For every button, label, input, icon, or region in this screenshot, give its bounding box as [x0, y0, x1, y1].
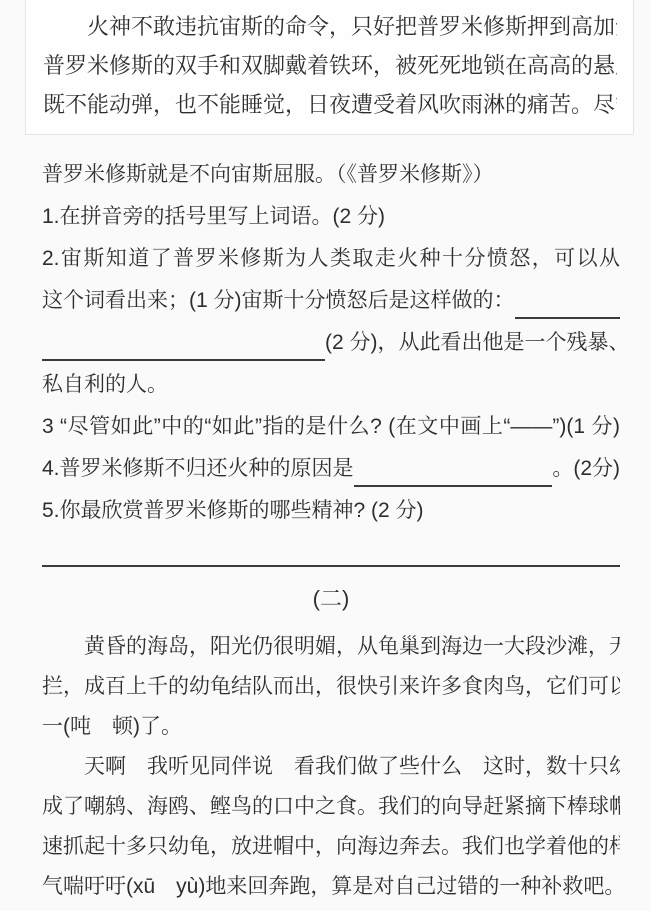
passage-2-line: 成了嘲鸫、海鸥、鲣鸟的口中之食。我们的向导赶紧摘下棒球帽，迅	[42, 787, 620, 827]
question-4: 4.普罗米修斯不归还火种的原因是 。(2分)	[42, 448, 620, 490]
passage-line: 普罗米修斯的双手和双脚戴着铁环，被死死地锁在高高的悬崖上。他	[43, 46, 617, 85]
question-3: 3 “尽管如此”中的“如此”指的是什么? (在文中画上“——”)(1 分)	[42, 406, 620, 448]
question-2-line-3: (2 分)，从此看出他是一个残暴、自	[42, 322, 620, 364]
passage-line: 既不能动弹，也不能睡觉，日夜遭受着风吹雨淋的痛苦。尽管如此，	[43, 85, 617, 124]
answer-blank	[354, 452, 553, 487]
answer-blank	[515, 284, 621, 319]
question-1: 1.在拼音旁的括号里写上词语。(2 分)	[42, 196, 620, 238]
answer-line	[42, 565, 620, 567]
passage-2-line: 一(吨 顿)了。	[42, 707, 620, 747]
question-4-suffix: 。(2分)	[552, 448, 620, 490]
question-2-line-1: 2.宙斯知道了普罗米修斯为人类取走火种十分愤怒，可以从	[42, 238, 620, 280]
passage-2-line: 气喘吁吁(xū yù)地来回奔跑，算是对自己过错的一种补救吧。	[42, 867, 620, 907]
passage-2-line: 拦，成百上千的幼龟结队而出，很快引来许多食肉鸟，它们可以饱餐	[42, 667, 620, 707]
worksheet-page: 火神不敢违抗宙斯的命令，只好把普罗米修斯押到高加索山上。 普罗米修斯的双手和双脚…	[0, 0, 650, 905]
question-2-line-2: 这个词看出来；(1 分)宙斯十分愤怒后是这样做的：	[42, 280, 620, 322]
question-2-line-3-text: (2 分)，从此看出他是一个残暴、自	[325, 322, 620, 364]
question-4-text: 4.普罗米修斯不归还火种的原因是	[42, 448, 354, 490]
question-2-line-2-text: 这个词看出来；(1 分)宙斯十分愤怒后是这样做的：	[42, 280, 515, 322]
passage-box: 火神不敢违抗宙斯的命令，只好把普罗米修斯押到高加索山上。 普罗米修斯的双手和双脚…	[25, 0, 634, 135]
passage-continuation: 普罗米修斯就是不向宙斯屈服。（《普罗米修斯》）	[42, 154, 620, 196]
passage-2-line: 速抓起十多只幼龟，放进帽中，向海边奔去。我们也学着他的样子，	[42, 827, 620, 867]
answer-blank	[42, 326, 325, 361]
worksheet-body: 普罗米修斯就是不向宙斯屈服。（《普罗米修斯》） 1.在拼音旁的括号里写上词语。(…	[42, 154, 620, 907]
passage-line: 火神不敢违抗宙斯的命令，只好把普罗米修斯押到高加索山上。	[43, 7, 617, 46]
question-5: 5.你最欣赏普罗米修斯的哪些精神? (2 分)	[42, 490, 620, 532]
question-2-line-4: 私自利的人。	[42, 364, 620, 406]
passage-2-line: 天啊 我听见同伴说 看我们做了些什么 这时，数十只幼龟已	[42, 747, 620, 787]
passage-2-line: 黄昏的海岛，阳光仍很明媚，从龟巢到海边一大段沙滩，无遮无	[42, 627, 620, 667]
section-2-heading: (二)	[42, 581, 620, 617]
